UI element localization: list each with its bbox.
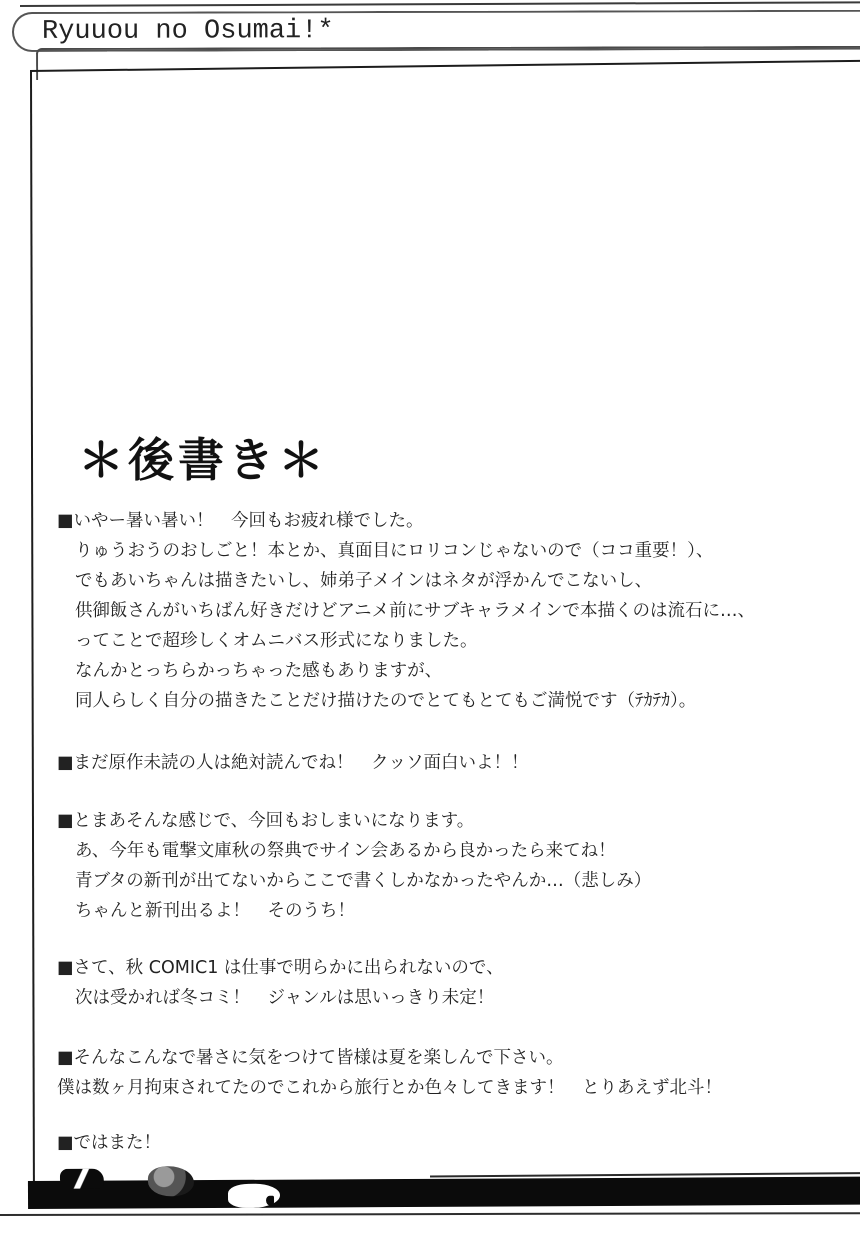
paragraph-next-event: ■さて、秋 COMIC1 は仕事で明らかに出られないので、 次は受かれば冬コミ！… — [57, 953, 848, 1013]
page-title: ＊後書き＊ — [78, 424, 328, 490]
bottom-rule-line — [0, 1212, 860, 1216]
paragraph-farewell: ■ではまた！ — [57, 1128, 848, 1158]
paragraph-events: ■とまあそんな感じで、今回もおしまいになります。 あ、今年も電撃文庫秋の祭典でサ… — [57, 806, 848, 926]
cat-doodle-icon — [60, 1169, 104, 1189]
text-line: りゅうおうのおしごと！本とか、真面目にロリコンじゃないので（ココ重要！）、 — [57, 536, 848, 566]
text-line: 青ブタの新刊が出てないからここで書くしかなかったやんか…（悲しみ） — [57, 866, 848, 896]
text-line: ■いやー暑い暑い！ 今回もお疲れ様でした。 — [57, 506, 848, 536]
text-line: ■ではまた！ — [57, 1128, 848, 1158]
text-line: でもあいちゃんは描きたいし、姉弟子メインはネタが浮かんでこないし、 — [57, 566, 848, 596]
text-line: 僕は数ヶ月拘束されてたのでこれから旅行とか色々してきます！ とりあえず北斗！ — [57, 1073, 848, 1103]
text-line: 次は受かれば冬コミ！ ジャンルは思いっきり未定！ — [57, 983, 848, 1013]
text-line: ■とまあそんな感じで、今回もおしまいになります。 — [57, 806, 848, 836]
text-line: ■さて、秋 COMIC1 は仕事で明らかに出られないので、 — [57, 953, 848, 983]
text-line: ちゃんと新刊出るよ！ そのうち！ — [57, 896, 848, 926]
footer-band — [28, 1177, 860, 1209]
text-line: なんかとっちらかっちゃった感もありますが、 — [57, 656, 848, 686]
paragraph-recommendation: ■まだ原作未読の人は絶対読んでね！ クッソ面白いよ！！ — [57, 748, 848, 778]
beast-doodle-icon — [148, 1166, 194, 1196]
series-title: Ryuuou no Osumai!* — [42, 16, 334, 47]
top-rule-line — [20, 1, 860, 7]
paragraph-greeting: ■いやー暑い暑い！ 今回もお疲れ様でした。 りゅうおうのおしごと！本とか、真面目… — [57, 506, 848, 716]
text-line: ■まだ原作未読の人は絶対読んでね！ クッソ面白いよ！！ — [57, 748, 848, 778]
text-line: 供御飯さんがいちばん好きだけどアニメ前にサブキャラメインで本描くのは流石に…、 — [57, 596, 848, 626]
content-frame-left-border — [30, 70, 35, 1192]
paragraph-closing-wishes: ■そんなこんなで暑さに気をつけて皆様は夏を楽しんで下さい。 僕は数ヶ月拘束されて… — [57, 1043, 848, 1103]
white-blob-doodle-icon — [228, 1184, 280, 1208]
text-line: あ、今年も電撃文庫秋の祭典でサイン会あるから良かったら来てね！ — [57, 836, 848, 866]
text-line: 同人らしく自分の描きたことだけ描けたのでとてもとてもご満悦です（ﾃｶﾃｶ）。 — [57, 686, 848, 716]
text-line: ■そんなこんなで暑さに気をつけて皆様は夏を楽しんで下さい。 — [57, 1043, 848, 1073]
text-line: ってことで超珍しくオムニバス形式になりました。 — [57, 626, 848, 656]
afterword-page: Ryuuou no Osumai!* ＊後書き＊ ■いやー暑い暑い！ 今回もお疲… — [0, 0, 860, 1244]
